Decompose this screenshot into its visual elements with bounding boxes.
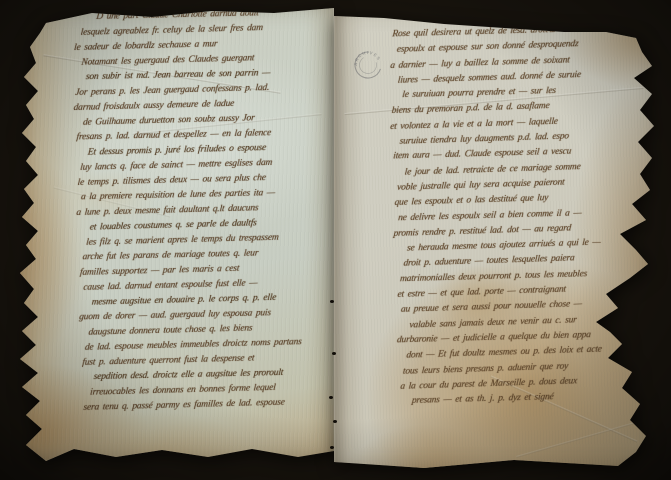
manuscript-right-page: ARCHIVES Rose quil desirera ut quelz de … bbox=[334, 8, 660, 470]
left-page-wrapper: D une part Claude Charlotte darnud doult… bbox=[12, 5, 334, 461]
stitch-hole bbox=[330, 300, 334, 303]
stitch-hole bbox=[329, 396, 333, 399]
stitch-hole bbox=[333, 420, 337, 423]
stitch-hole bbox=[332, 352, 336, 355]
paper-crease bbox=[516, 420, 642, 458]
manuscript-scan: { "scan": { "stamp": { "text": "ARCHIVES… bbox=[0, 0, 671, 480]
right-page-wrapper: ARCHIVES Rose quil desirera ut quelz de … bbox=[334, 8, 660, 470]
archive-stamp: ARCHIVES bbox=[345, 41, 391, 88]
manuscript-left-page: D une part Claude Charlotte darnud doult… bbox=[12, 5, 334, 461]
stitch-hole bbox=[330, 446, 334, 449]
right-page-text: Rose quil desirera ut quelz de lesd. dro… bbox=[392, 20, 662, 410]
left-page-text: D une part Claude Charlotte darnud doult… bbox=[76, 4, 341, 416]
